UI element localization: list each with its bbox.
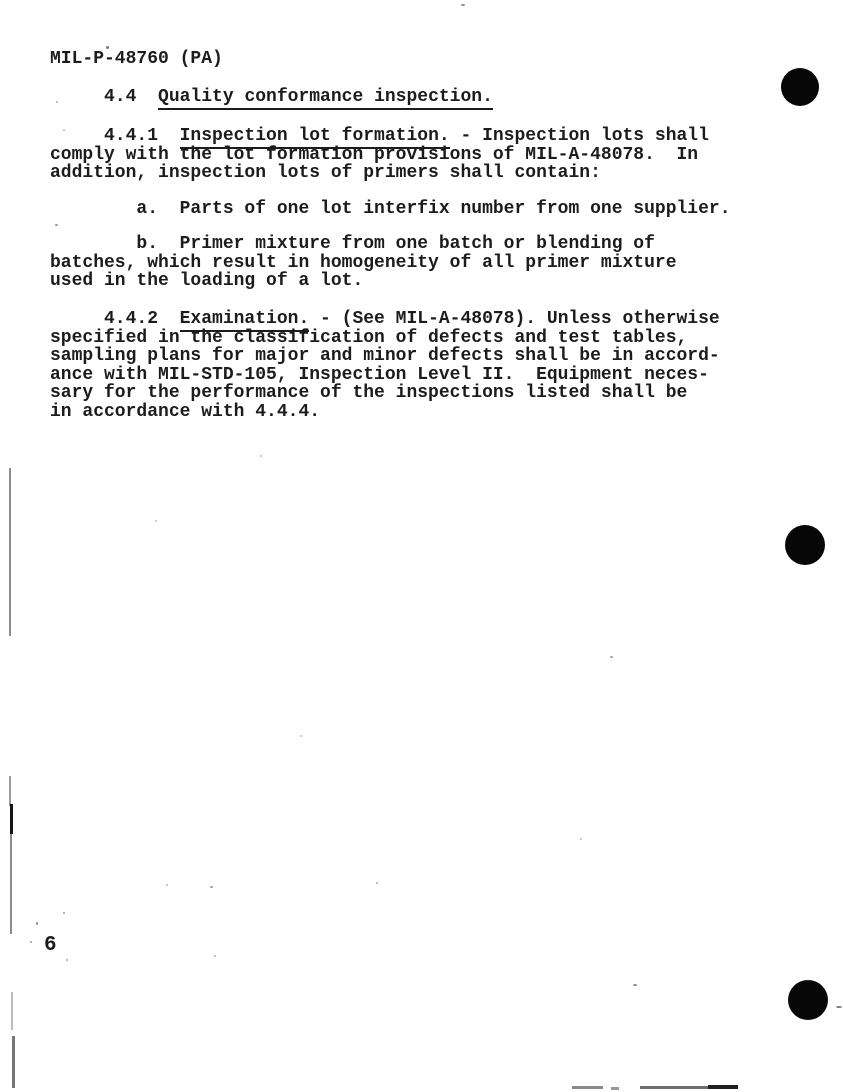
scan-speck: [63, 912, 65, 914]
text-line: sampling plans for major and minor defec…: [50, 347, 720, 366]
scan-speck: [836, 1006, 842, 1008]
text-line: used in the loading of a lot.: [50, 272, 677, 291]
scan-speck: [300, 735, 302, 737]
scan-speck: [210, 886, 213, 888]
scan-speck: [155, 520, 157, 522]
text-line: a. Parts of one lot interfix number from…: [50, 200, 731, 219]
scan-edge-line: [11, 992, 13, 1030]
list-item-a: a. Parts of one lot interfix number from…: [50, 200, 731, 219]
page-number: 6: [44, 935, 57, 956]
scan-speck: [63, 129, 65, 131]
scan-bottom-mark: [572, 1086, 603, 1089]
scan-edge-line: [9, 776, 11, 806]
scan-speck: [610, 656, 613, 658]
hole-punch-dot: [785, 525, 825, 565]
text-line: in accordance with 4.4.4.: [50, 403, 720, 422]
scan-speck: [55, 224, 58, 226]
scan-speck: [461, 4, 465, 6]
text-line: 4.4 Quality conformance inspection.: [50, 88, 493, 107]
scan-speck: [30, 941, 32, 943]
hole-punch-dot: [788, 980, 828, 1020]
underlined-text: Quality conformance inspection.: [158, 87, 493, 110]
page-number-text: 6: [44, 934, 57, 957]
scan-edge-line: [10, 834, 12, 934]
scan-bottom-mark: [708, 1085, 738, 1089]
scan-speck: [580, 838, 582, 840]
scan-speck: [36, 922, 38, 925]
text-line: batches, which result in homogeneity of …: [50, 254, 677, 273]
scanned-document-page: MIL-P-48760 (PA) 4.4 Quality conformance…: [0, 0, 843, 1092]
scan-speck: [56, 101, 58, 103]
text-line: 4.4.2 Examination. - (See MIL-A-48078). …: [50, 310, 720, 329]
para-4-4-1: 4.4.1 Inspection lot formation. - Inspec…: [50, 127, 709, 183]
heading-4-4: 4.4 Quality conformance inspection.: [50, 88, 493, 107]
text-line: addition, inspection lots of primers sha…: [50, 164, 709, 183]
hole-punch-dot: [781, 68, 819, 106]
scan-speck: [376, 882, 378, 884]
list-item-b: b. Primer mixture from one batch or blen…: [50, 235, 677, 291]
scan-speck: [633, 984, 637, 986]
scan-bottom-mark: [611, 1087, 619, 1090]
scan-speck: [166, 884, 168, 886]
scan-speck: [214, 955, 216, 957]
scan-speck: [260, 455, 262, 457]
text-line: b. Primer mixture from one batch or blen…: [50, 235, 677, 254]
scan-edge-line: [12, 1036, 15, 1088]
scan-edge-line: [9, 468, 11, 636]
scan-edge-line: [10, 804, 13, 834]
text-line: specified in the classification of defec…: [50, 329, 720, 348]
text-line: 4.4.1 Inspection lot formation. - Inspec…: [50, 127, 709, 146]
text-line: comply with the lot formation provisions…: [50, 146, 709, 165]
text-line: ance with MIL-STD-105, Inspection Level …: [50, 366, 720, 385]
text-line: MIL-P-48760 (PA): [50, 50, 223, 69]
scan-speck: [66, 959, 68, 961]
text-line: sary for the performance of the inspecti…: [50, 384, 720, 403]
scan-bottom-mark: [640, 1086, 712, 1089]
para-4-4-2: 4.4.2 Examination. - (See MIL-A-48078). …: [50, 310, 720, 422]
scan-speck: [106, 46, 109, 49]
doc-id: MIL-P-48760 (PA): [50, 50, 223, 69]
